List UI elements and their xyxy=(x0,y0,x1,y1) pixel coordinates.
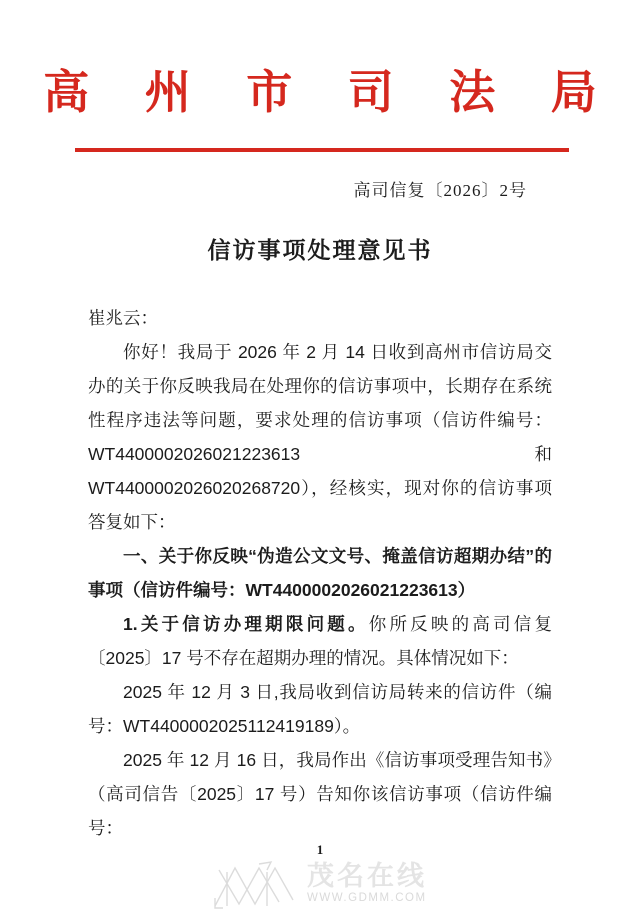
document-body: 崔兆云： 你好！我局于 2026 年 2 月 14 日收到高州市信访局交办的关于… xyxy=(88,301,552,845)
watermark-site-url: WWW.GDMM.COM xyxy=(307,893,427,905)
document-number: 高司信复〔2026〕2号 xyxy=(354,176,528,201)
paragraph-run: 2025 年 12 月 3 日,我局收到信访局转来的信访件（编号：WT44000… xyxy=(88,682,552,736)
agency-title: 高 州 市 司 法 局 xyxy=(0,56,640,122)
paragraph-run: 你好！我局于 2026 年 2 月 14 日收到高州市信访局交办的关于你反映我局… xyxy=(88,342,552,532)
watermark-text: 茂名在线 WWW.GDMM.COM xyxy=(307,863,427,905)
paragraphs-container: 你好！我局于 2026 年 2 月 14 日收到高州市信访局交办的关于你反映我局… xyxy=(88,335,552,845)
header-divider-line xyxy=(75,148,569,152)
salutation: 崔兆云： xyxy=(88,301,552,335)
paragraph: 一、关于你反映“伪造公文文号、掩盖信访超期办结”的事项（信访件编号：WT4400… xyxy=(88,539,552,607)
watermark-site-name: 茂名在线 xyxy=(307,863,427,890)
paragraph: 2025 年 12 月 16 日，我局作出《信访事项受理告知书》（高司信告〔20… xyxy=(88,743,552,845)
paragraph-run-bold: 一、关于你反映“伪造公文文号、掩盖信访超期办结”的事项（信访件编号：WT4400… xyxy=(88,546,552,600)
page-number: 1 xyxy=(0,842,640,858)
paragraph-run: 2025 年 12 月 16 日，我局作出《信访事项受理告知书》（高司信告〔20… xyxy=(88,750,552,838)
paragraph-run-bold: 1.关于信访办理期限问题。 xyxy=(123,614,369,634)
document-page: 高 州 市 司 法 局 高司信复〔2026〕2号 信访事项处理意见书 崔兆云： … xyxy=(0,0,640,916)
paragraph: 1.关于信访办理期限问题。你所反映的高司信复〔2025〕17 号不存在超期办理的… xyxy=(88,607,552,675)
watermark: 茂名在线 WWW.GDMM.COM xyxy=(213,858,427,910)
paragraph: 2025 年 12 月 3 日,我局收到信访局转来的信访件（编号：WT44000… xyxy=(88,675,552,743)
paragraph: 你好！我局于 2026 年 2 月 14 日收到高州市信访局交办的关于你反映我局… xyxy=(88,335,552,539)
document-title: 信访事项处理意见书 xyxy=(0,232,640,265)
gdmm-logo-icon xyxy=(213,858,297,910)
